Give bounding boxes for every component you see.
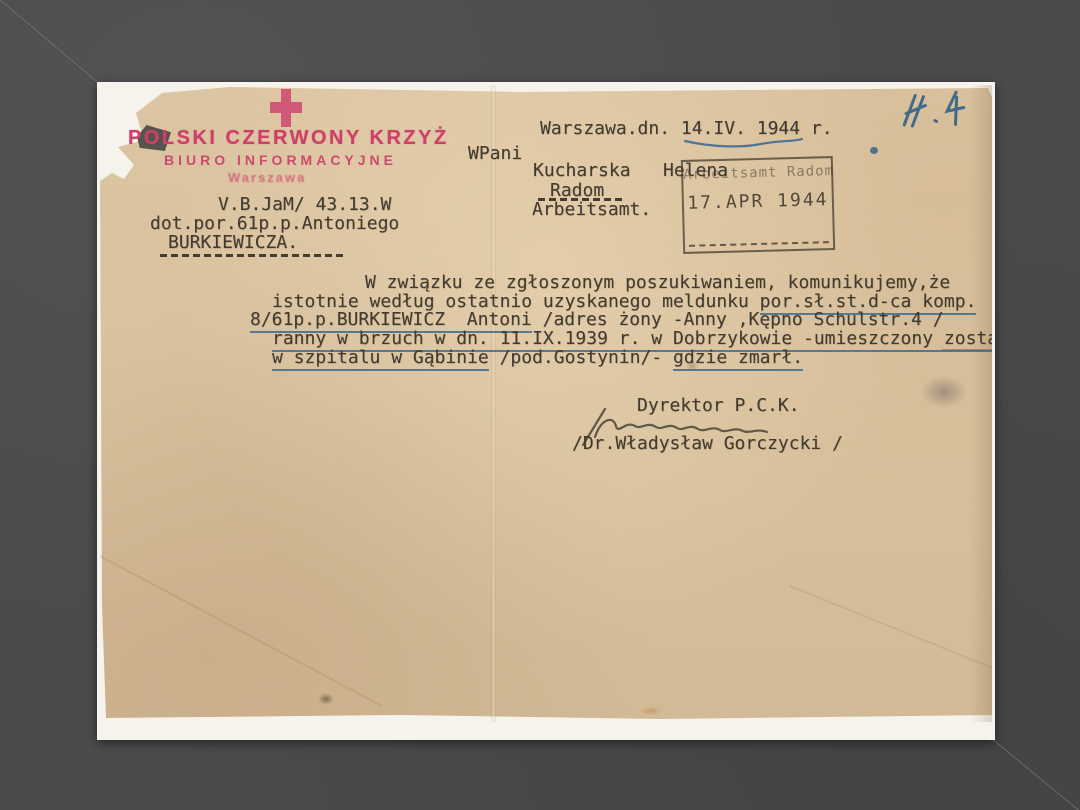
- orange-spot-stain: [640, 707, 662, 715]
- recipient-office: Arbeitsamt.: [532, 200, 651, 219]
- body-line-1: W związku ze zgłoszonym poszukiwaniem, k…: [365, 273, 950, 292]
- body-line-5: w szpitalu w Gąbinie /pod.Gostynin/- gdz…: [272, 348, 803, 367]
- scanned-document: POLSKI CZERWONY KRZYŻ BIURO INFORMACYJNE…: [97, 82, 995, 740]
- body-line-5-underlined-b: gdzie zmarł.: [673, 347, 803, 371]
- gray-smudge-stain: [920, 375, 968, 409]
- blue-ink-dot: [870, 147, 878, 154]
- body-line-3-plain: /adres żony -Anny ,Kępno Schulstr.4 /: [532, 309, 944, 330]
- received-stamp-date: 17.APR 1944: [684, 189, 832, 214]
- received-stamp-dashed-line: [689, 241, 829, 247]
- background-crease-bottom-right: [992, 739, 1080, 810]
- handwritten-number: Nr. 4: [895, 85, 990, 140]
- right-edge-fold: [970, 85, 992, 722]
- recipient-salutation: WPani: [468, 144, 522, 163]
- rust-spot-stain: [318, 693, 334, 705]
- center-fold-crease: [491, 85, 496, 722]
- slide-background: POLSKI CZERWONY KRZYŻ BIURO INFORMACYJNE…: [0, 0, 1080, 810]
- letterhead-city: Warszawa: [228, 170, 306, 185]
- reference-concerning: dot.por.61p.p.Antoniego: [150, 214, 399, 233]
- red-cross-icon: [270, 89, 302, 127]
- date-underline-stroke: [683, 137, 805, 149]
- body-line-3: 8/61p.p.BURKIEWICZ Antoni /adres żony -A…: [250, 310, 944, 329]
- received-stamp-office: Arbeitsamt Radom: [683, 163, 831, 183]
- letterhead-org-name: POLSKI CZERWONY KRZYŻ: [128, 127, 449, 150]
- body-line-4: ranny w brzuch w dn. 11.IX.1939 r. w Dob…: [272, 329, 992, 348]
- received-date-stamp: Arbeitsamt Radom 17.APR 1944: [681, 156, 835, 254]
- letterhead-bureau: BIURO INFORMACYJNE: [164, 152, 397, 168]
- dateline: Warszawa.dn. 14.IV. 1944 r.: [540, 119, 833, 138]
- signature-name: /Dr.Władysław Gorczycki /: [572, 434, 843, 453]
- body-line-5-underlined-a: w szpitalu w Gąbinie: [272, 347, 489, 371]
- body-line-5-plain: /pod.Gostynin/-: [489, 347, 673, 368]
- reference-number: V.B.JaM/ 43.13.W: [218, 195, 391, 214]
- reference-surname: BURKIEWICZA.: [168, 233, 298, 252]
- background-crease-top-left: [0, 0, 99, 85]
- surname-wavy-underline: [160, 254, 344, 257]
- document-content-area: POLSKI CZERWONY KRZYŻ BIURO INFORMACYJNE…: [100, 85, 992, 722]
